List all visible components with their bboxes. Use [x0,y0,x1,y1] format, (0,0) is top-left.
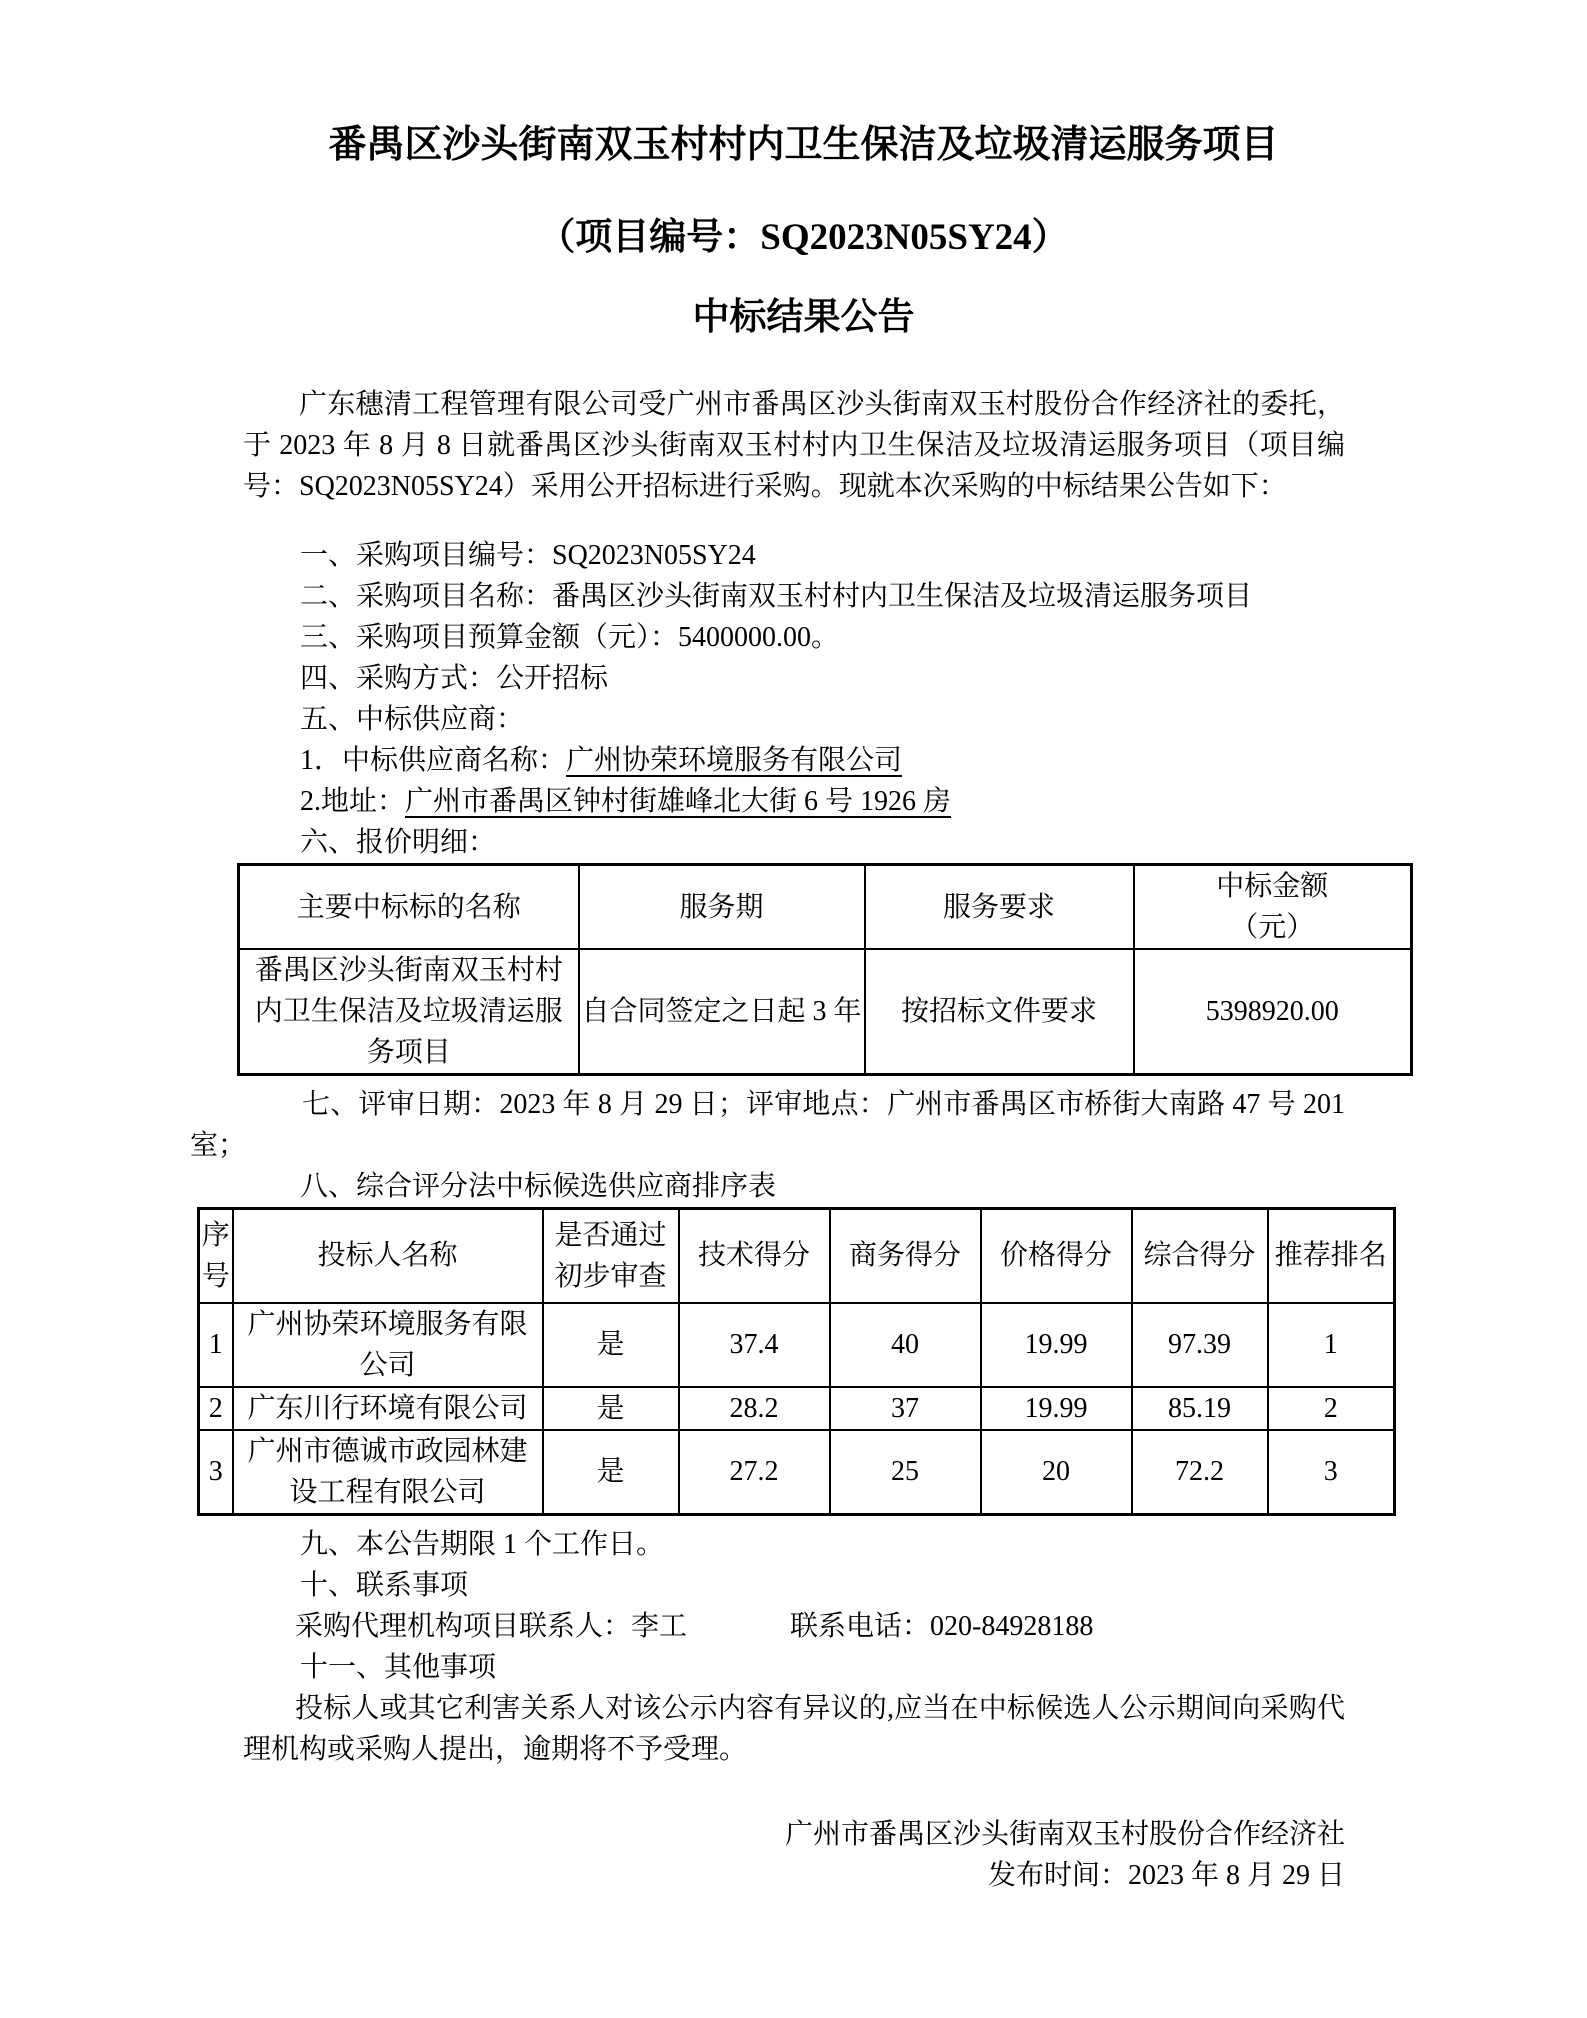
announcement-title: 中标结果公告 [197,292,1410,344]
winner-address-label: 2.地址： [300,786,405,817]
ranking-row-1: 1 广州协荣环境服务有限公司 是 37.4 40 19.99 97.39 1 [199,1303,1395,1387]
rank-cell-bidder: 广州协荣环境服务有限公司 [233,1303,543,1387]
list-item-quote-heading: 六、报价明细： [300,822,1410,863]
ranking-row-2: 2 广东川行环境有限公司 是 28.2 37 19.99 85.19 2 [199,1387,1395,1430]
rank-header-total-score: 综合得分 [1132,1209,1268,1303]
winner-address-line: 2.地址：广州市番禺区钟村街雄峰北大街 6 号 1926 房 [300,781,1410,822]
intro-paragraph: 广东穗清工程管理有限公司受广州市番禺区沙头街南双玉村股份合作经济社的委托，于 2… [243,384,1345,507]
rank-cell-biz-score: 40 [830,1303,981,1387]
rank-cell-preliminary: 是 [543,1303,679,1387]
ranking-table-heading: 八、综合评分法中标候选供应商排序表 [300,1166,1410,1207]
rank-header-bidder: 投标人名称 [233,1209,543,1303]
other-matters-heading: 十一、其他事项 [300,1647,1410,1688]
rank-cell-total-score: 97.39 [1132,1303,1268,1387]
contact-line: 采购代理机构项目联系人：李工联系电话：020-84928188 [295,1606,1410,1647]
quote-cell-subject: 番禺区沙头街南双玉村村内卫生保洁及垃圾清运服务项目 [239,949,579,1075]
rank-header-price-score: 价格得分 [981,1209,1132,1303]
rank-cell-seq: 1 [199,1303,233,1387]
rank-cell-tech-score: 37.4 [679,1303,830,1387]
rank-cell-tech-score: 28.2 [679,1387,830,1430]
issuer-signature: 广州市番禺区沙头街南双玉村股份合作经济社 [197,1814,1345,1855]
list-item-budget: 三、采购项目预算金额（元）：5400000.00。 [300,617,1410,658]
project-number-title: （项目编号：SQ2023N05SY24） [197,212,1410,264]
rank-cell-price-score: 19.99 [981,1387,1132,1430]
contact-phone: 联系电话：020-84928188 [790,1606,1093,1647]
rank-header-tech-score: 技术得分 [679,1209,830,1303]
rank-header-preliminary: 是否通过 初步审查 [543,1209,679,1303]
quote-header-service-requirement: 服务要求 [865,865,1134,950]
winner-name-line: 1．中标供应商名称：广州协荣环境服务有限公司 [300,740,1410,781]
rank-cell-seq: 3 [199,1430,233,1515]
ranking-table: 序 号 投标人名称 是否通过 初步审查 技术得分 商务得分 价格得分 综合得分 … [197,1207,1396,1516]
rank-cell-preliminary: 是 [543,1430,679,1515]
rank-cell-biz-score: 37 [830,1387,981,1430]
announcement-page: 番禺区沙头街南双玉村村内卫生保洁及垃圾清运服务项目 （项目编号：SQ2023N0… [0,0,1587,2018]
rank-cell-preliminary: 是 [543,1387,679,1430]
document-footer: 广州市番禺区沙头街南双玉村股份合作经济社 发布时间：2023 年 8 月 29 … [197,1814,1410,1896]
rank-header-biz-score: 商务得分 [830,1209,981,1303]
publish-date: 发布时间：2023 年 8 月 29 日 [197,1855,1345,1896]
quote-table-header-row: 主要中标标的名称 服务期 服务要求 中标金额 （元） [239,865,1412,950]
ranking-row-3: 3 广州市德诚市政园林建设工程有限公司 是 27.2 25 20 72.2 3 [199,1430,1395,1515]
notice-period-line: 九、本公告期限 1 个工作日。 [300,1524,1410,1565]
quote-cell-service-requirement: 按招标文件要求 [865,949,1134,1075]
winner-name-label: 1．中标供应商名称： [300,745,566,776]
review-date-location: 七、评审日期：2023 年 8 月 29 日；评审地点：广州市番禺区市桥街大南路… [190,1084,1345,1166]
quote-table-data-row: 番禺区沙头街南双玉村村内卫生保洁及垃圾清运服务项目 自合同签定之日起 3 年 按… [239,949,1412,1075]
quote-table: 主要中标标的名称 服务期 服务要求 中标金额 （元） 番禺区沙头街南双玉村村内卫… [237,863,1413,1076]
rank-cell-bidder: 广州市德诚市政园林建设工程有限公司 [233,1430,543,1515]
rank-header-rank: 推荐排名 [1268,1209,1395,1303]
quote-header-service-period: 服务期 [579,865,865,950]
list-item-project-name: 二、采购项目名称：番禺区沙头街南双玉村村内卫生保洁及垃圾清运服务项目 [300,576,1410,617]
contact-person: 采购代理机构项目联系人：李工 [295,1611,687,1642]
contact-section-heading: 十、联系事项 [300,1565,1410,1606]
rank-header-seq: 序 号 [199,1209,233,1303]
list-item-project-number: 一、采购项目编号：SQ2023N05SY24 [300,535,1410,576]
rank-cell-total-score: 85.19 [1132,1387,1268,1430]
rank-cell-bidder: 广东川行环境有限公司 [233,1387,543,1430]
rank-cell-rank: 2 [1268,1387,1395,1430]
quote-cell-award-amount: 5398920.00 [1134,949,1412,1075]
main-title: 番禺区沙头街南双玉村村内卫生保洁及垃圾清运服务项目 [197,118,1410,172]
rank-cell-tech-score: 27.2 [679,1430,830,1515]
rank-cell-biz-score: 25 [830,1430,981,1515]
quote-cell-service-period: 自合同签定之日起 3 年 [579,949,865,1075]
ranking-header-row: 序 号 投标人名称 是否通过 初步审查 技术得分 商务得分 价格得分 综合得分 … [199,1209,1395,1303]
winner-address-value: 广州市番禺区钟村街雄峰北大街 6 号 1926 房 [405,786,951,817]
rank-cell-seq: 2 [199,1387,233,1430]
objection-notice-paragraph: 投标人或其它利害关系人对该公示内容有异议的,应当在中标候选人公示期间向采购代理机… [243,1688,1345,1770]
list-item-method: 四、采购方式：公开招标 [300,658,1410,699]
list-item-winner-heading: 五、中标供应商： [300,699,1410,740]
quote-header-award-amount: 中标金额 （元） [1134,865,1412,950]
rank-cell-price-score: 20 [981,1430,1132,1515]
rank-cell-total-score: 72.2 [1132,1430,1268,1515]
quote-header-subject: 主要中标标的名称 [239,865,579,950]
rank-cell-price-score: 19.99 [981,1303,1132,1387]
rank-cell-rank: 1 [1268,1303,1395,1387]
rank-cell-rank: 3 [1268,1430,1395,1515]
winner-name-value: 广州协荣环境服务有限公司 [566,745,902,776]
